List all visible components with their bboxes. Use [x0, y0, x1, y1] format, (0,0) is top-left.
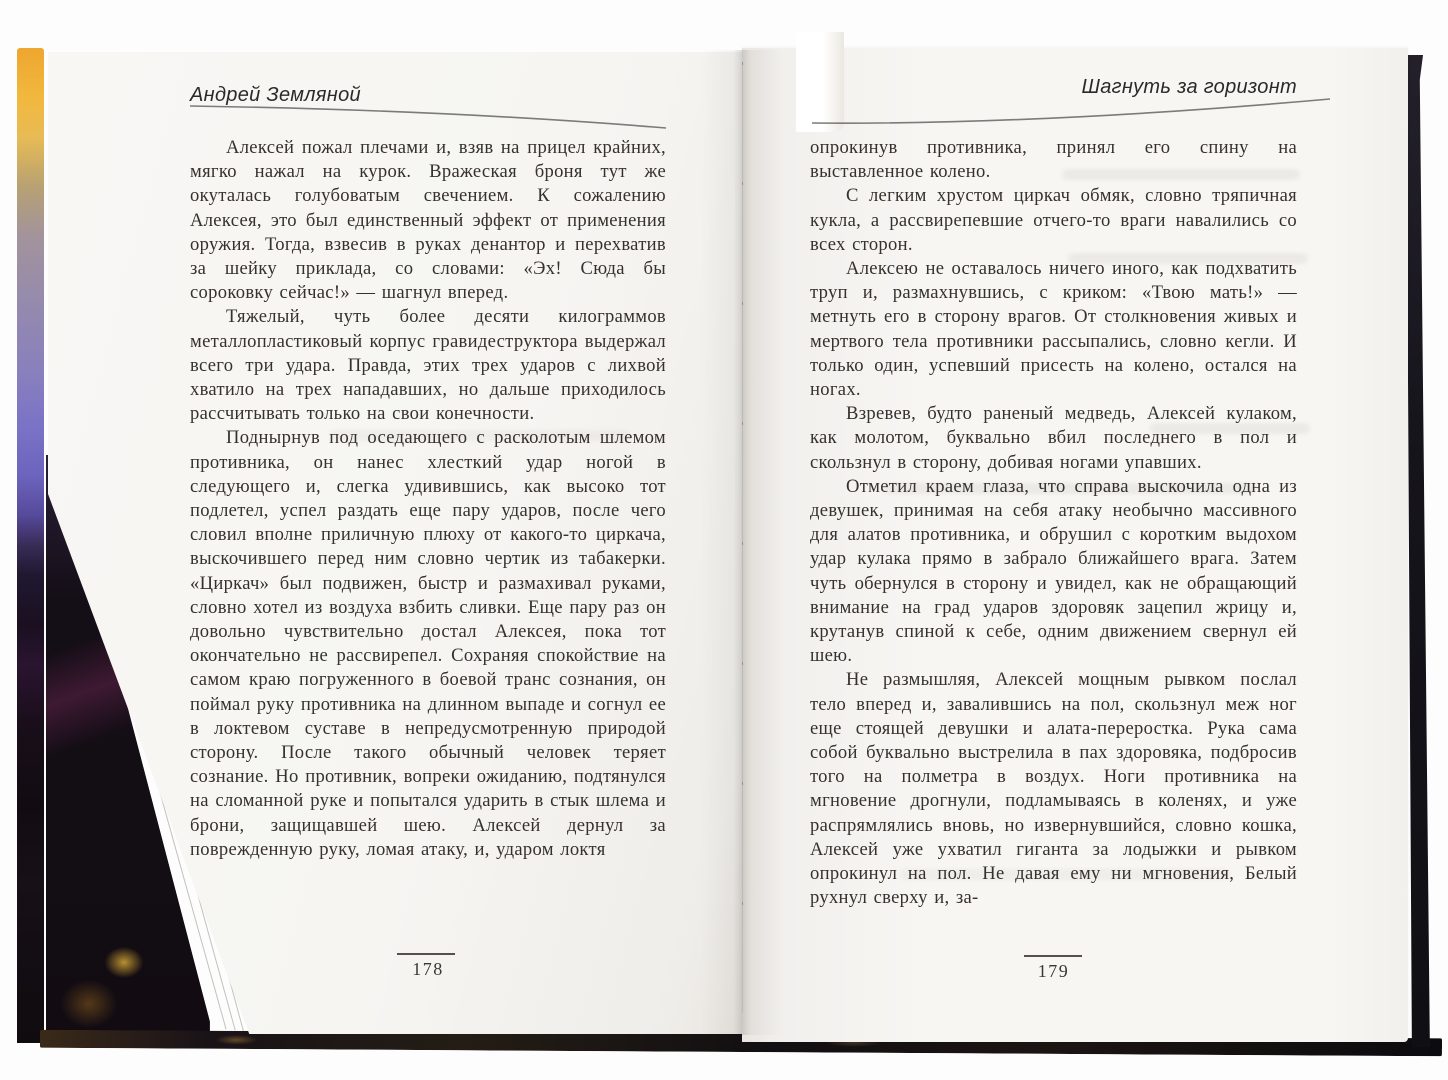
- paragraph: Взревев, будто раненый медведь, Алексей …: [810, 402, 1297, 475]
- paragraph: Алексей пожал плечами и, взяв на прицел …: [190, 136, 666, 305]
- paragraph: Отметил краем глаза, что справа выскочил…: [810, 475, 1297, 669]
- page-gutter: [700, 50, 784, 1035]
- page-number: 178: [190, 959, 666, 980]
- paragraph: Алексею не оставалось ничего иного, как …: [810, 257, 1297, 402]
- paragraph: Не размышляя, Алексей мощным рывком посл…: [810, 668, 1297, 910]
- paragraph: Поднырнув под оседающего с расколотым шл…: [190, 426, 666, 862]
- open-book-photo: Андрей Земляной Алексей пожал плечами и,…: [0, 0, 1448, 1080]
- running-head-rule-left: [188, 102, 668, 136]
- paragraph: Тяжелый, чуть более десяти килограммов м…: [190, 305, 666, 426]
- book-cover-left-edge: [17, 48, 44, 1043]
- paragraph: опрокинув противника, принял его спину н…: [810, 136, 1297, 184]
- left-page-body: Алексей пожал плечами и, взяв на прицел …: [190, 136, 666, 862]
- paragraph: С легким хрустом циркач обмяк, словно тр…: [810, 184, 1297, 257]
- page-number-rule: [1024, 955, 1082, 957]
- running-head-rule-right: [808, 92, 1334, 128]
- page-number: 179: [810, 961, 1297, 982]
- right-page-body: опрокинув противника, принял его спину н…: [810, 136, 1297, 911]
- page-number-rule: [397, 953, 455, 955]
